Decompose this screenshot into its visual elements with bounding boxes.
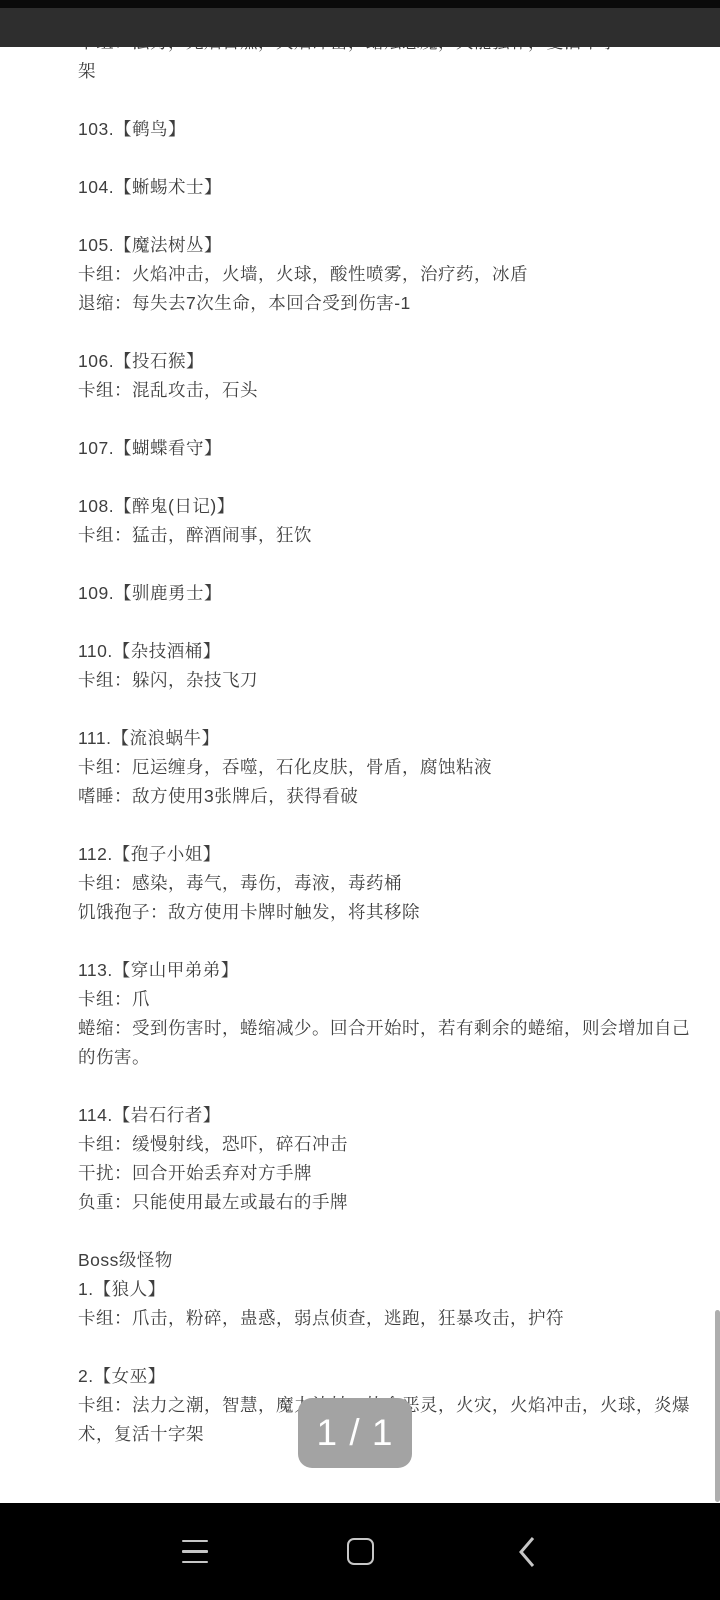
doc-line: 负重：只能使用最左或最右的手牌 bbox=[78, 1188, 706, 1217]
menu-icon bbox=[182, 1540, 208, 1564]
monster-entry: 106.【投石猴】卡组：混乱攻击，石头 bbox=[78, 347, 706, 405]
doc-line: 107.【蝴蝶看守】 bbox=[78, 434, 706, 463]
doc-line: 111.【流浪蜗牛】 bbox=[78, 724, 706, 753]
screen: 卡组：法力，光焰自燃，火焰冲击，蜡烛恶魔，火能强补，复活十字架103.【鹌鸟】1… bbox=[0, 0, 720, 1600]
home-icon bbox=[347, 1538, 374, 1565]
monster-entry: 111.【流浪蜗牛】卡组：厄运缠身，吞噬，石化皮肤，骨盾，腐蚀粘液嗜睡：敌方使用… bbox=[78, 724, 706, 811]
doc-line: 嗜睡：敌方使用3张牌后，获得看破 bbox=[78, 782, 706, 811]
menu-button[interactable] bbox=[168, 1503, 222, 1600]
doc-line: 卡组：爪击，粉碎，蛊惑，弱点侦查，逃跑，狂暴攻击，护符 bbox=[78, 1304, 706, 1333]
doc-line: 1.【狼人】 bbox=[78, 1275, 706, 1304]
doc-line: 的伤害。 bbox=[78, 1043, 706, 1072]
doc-line: 卡组：缓慢射线，恐吓，碎石冲击 bbox=[78, 1130, 706, 1159]
back-button[interactable] bbox=[500, 1503, 554, 1600]
doc-line: 卡组：厄运缠身，吞噬，石化皮肤，骨盾，腐蚀粘液 bbox=[78, 753, 706, 782]
monster-entry: 113.【穿山甲弟弟】卡组：爪蜷缩：受到伤害时，蜷缩减少。回合开始时，若有剩余的… bbox=[78, 956, 706, 1072]
doc-line: 112.【孢子小姐】 bbox=[78, 840, 706, 869]
doc-line: Boss级怪物 bbox=[78, 1246, 706, 1275]
back-chevron-icon bbox=[516, 1535, 538, 1569]
monster-entry: Boss级怪物1.【狼人】卡组：爪击，粉碎，蛊惑，弱点侦查，逃跑，狂暴攻击，护符 bbox=[78, 1246, 706, 1333]
monster-entry: 109.【驯鹿勇士】 bbox=[78, 579, 706, 608]
monster-entry: 104.【蜥蜴术士】 bbox=[78, 173, 706, 202]
page-indicator-badge: 1 / 1 bbox=[298, 1398, 412, 1468]
doc-line: 卡组：猛击，醉酒闹事，狂饮 bbox=[78, 521, 706, 550]
monster-entry: 108.【醉鬼(日记)】卡组：猛击，醉酒闹事，狂饮 bbox=[78, 492, 706, 550]
document-content: 卡组：法力，光焰自燃，火焰冲击，蜡烛恶魔，火能强补，复活十字架103.【鹌鸟】1… bbox=[78, 28, 706, 1478]
doc-line: 架 bbox=[78, 57, 706, 86]
doc-line: 卡组：混乱攻击，石头 bbox=[78, 376, 706, 405]
doc-line: 109.【驯鹿勇士】 bbox=[78, 579, 706, 608]
doc-line: 105.【魔法树丛】 bbox=[78, 231, 706, 260]
home-button[interactable] bbox=[333, 1503, 387, 1600]
monster-entry: 114.【岩石行者】卡组：缓慢射线，恐吓，碎石冲击干扰：回合开始丢弃对方手牌负重… bbox=[78, 1101, 706, 1217]
monster-entry: 110.【杂技酒桶】卡组：躲闪，杂技飞刀 bbox=[78, 637, 706, 695]
page-indicator-label: 1 / 1 bbox=[317, 1412, 394, 1454]
monster-entry: 103.【鹌鸟】 bbox=[78, 115, 706, 144]
doc-line: 108.【醉鬼(日记)】 bbox=[78, 492, 706, 521]
monster-entry: 107.【蝴蝶看守】 bbox=[78, 434, 706, 463]
navigation-bar bbox=[0, 1503, 720, 1600]
status-bar bbox=[0, 0, 720, 47]
doc-line: 卡组：爪 bbox=[78, 985, 706, 1014]
doc-line: 退缩：每失去7次生命，本回合受到伤害-1 bbox=[78, 289, 706, 318]
monster-entry: 105.【魔法树丛】卡组：火焰冲击，火墙，火球，酸性喷雾，治疗药，冰盾退缩：每失… bbox=[78, 231, 706, 318]
doc-line: 卡组：火焰冲击，火墙，火球，酸性喷雾，治疗药，冰盾 bbox=[78, 260, 706, 289]
doc-line: 干扰：回合开始丢弃对方手牌 bbox=[78, 1159, 706, 1188]
monster-entry: 112.【孢子小姐】卡组：感染，毒气，毒伤，毒液，毒药桶饥饿孢子：敌方使用卡牌时… bbox=[78, 840, 706, 927]
doc-line: 114.【岩石行者】 bbox=[78, 1101, 706, 1130]
scrollbar-thumb[interactable] bbox=[715, 1310, 720, 1502]
doc-line: 蜷缩：受到伤害时，蜷缩减少。回合开始时，若有剩余的蜷缩，则会增加自己 bbox=[78, 1014, 706, 1043]
status-bar-notch bbox=[0, 0, 720, 8]
doc-line: 卡组：躲闪，杂技飞刀 bbox=[78, 666, 706, 695]
doc-line: 饥饿孢子：敌方使用卡牌时触发，将其移除 bbox=[78, 898, 706, 927]
doc-line: 113.【穿山甲弟弟】 bbox=[78, 956, 706, 985]
doc-line: 103.【鹌鸟】 bbox=[78, 115, 706, 144]
doc-line: 卡组：感染，毒气，毒伤，毒液，毒药桶 bbox=[78, 869, 706, 898]
doc-line: 106.【投石猴】 bbox=[78, 347, 706, 376]
doc-line: 110.【杂技酒桶】 bbox=[78, 637, 706, 666]
doc-line: 104.【蜥蜴术士】 bbox=[78, 173, 706, 202]
doc-line: 2.【女巫】 bbox=[78, 1362, 706, 1391]
